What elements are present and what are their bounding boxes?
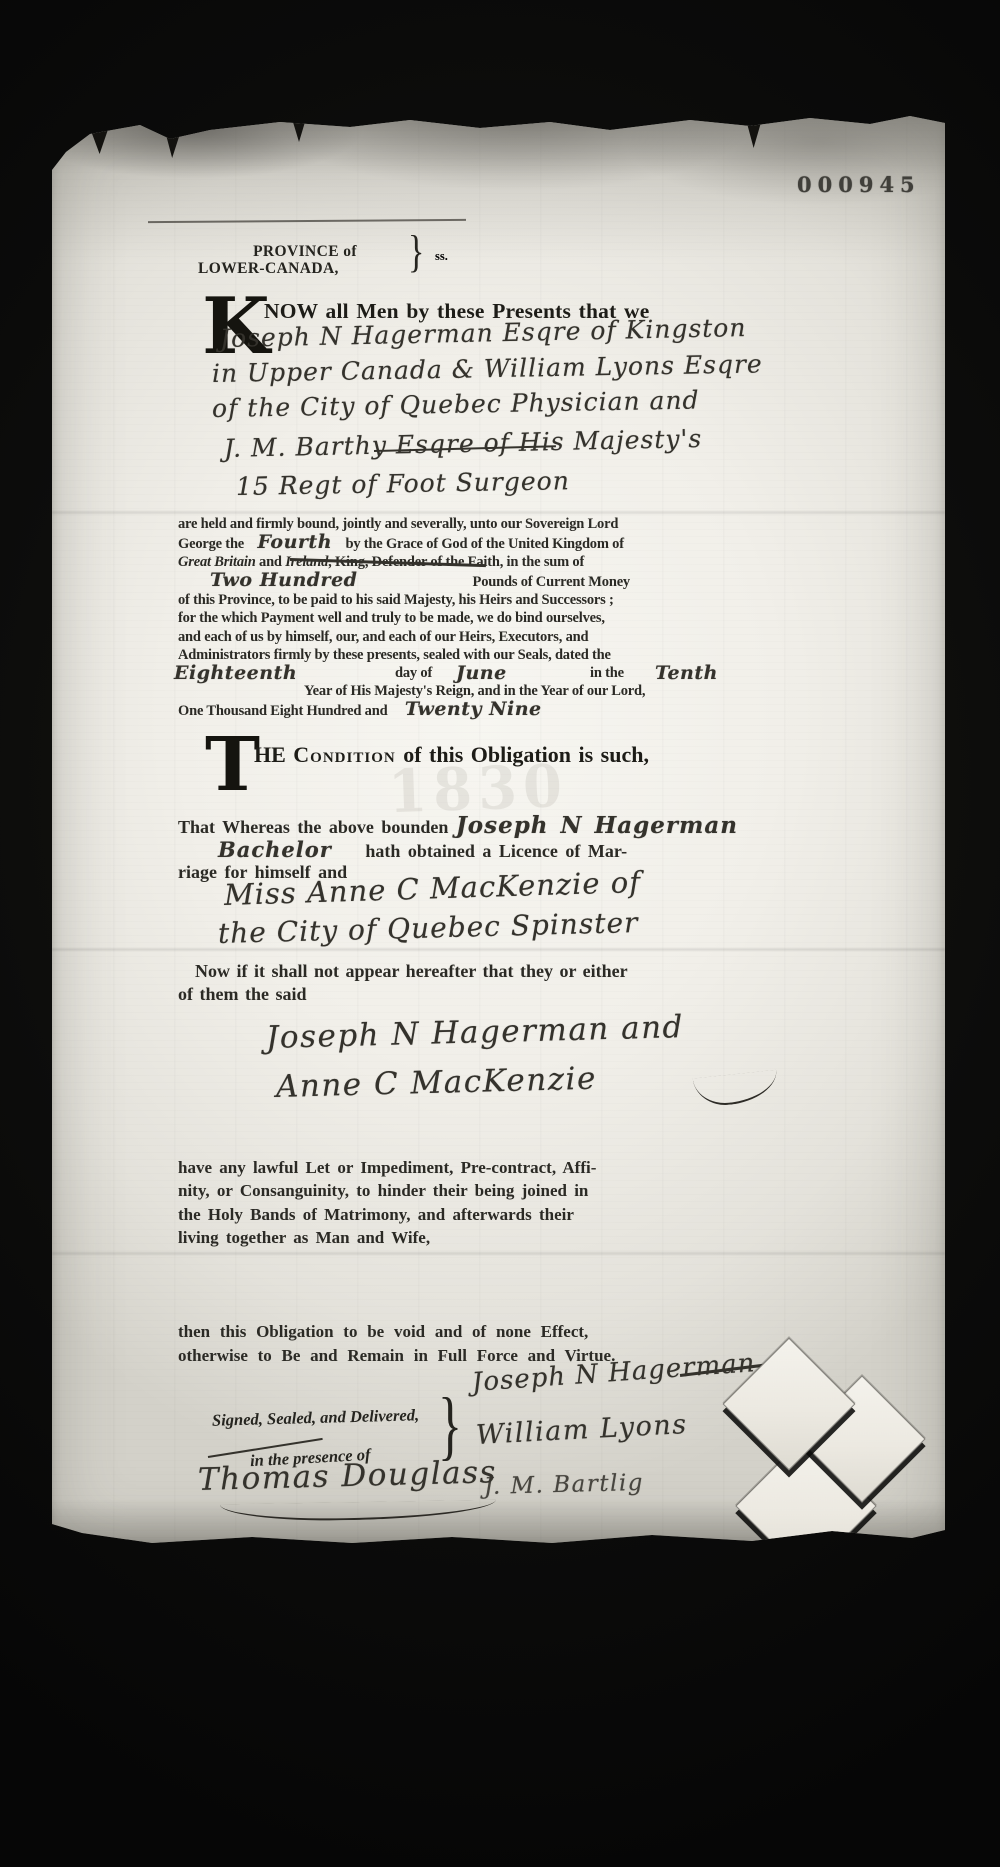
province-line1: PROVINCE of — [198, 243, 412, 260]
bond-text: and — [259, 554, 282, 570]
handwritten-party-line: of the City of Quebec Physician and — [212, 385, 700, 423]
bond-line: Eighteenth day of June in the Tenth — [178, 664, 630, 682]
whereas-line: Bachelor hath obtained a Licence of Mar- — [178, 839, 738, 863]
signature-bartlig: J. M. Bartlig — [484, 1470, 645, 1500]
pen-flourish — [693, 1070, 780, 1109]
hw-insert-condition: Bachelor — [218, 837, 332, 862]
bond-line: George the Fourth by the Grace of God of… — [178, 533, 630, 553]
bond-text: in the — [590, 664, 624, 682]
province-brace: } — [408, 227, 424, 278]
impediment-line: have any lawful Let or Impediment, Pre-c… — [178, 1156, 658, 1179]
paper: 000945 PROVINCE of LOWER-CANADA, } ss. K… — [52, 112, 945, 1545]
province-heading: PROVINCE of LOWER-CANADA, — [198, 243, 412, 277]
signature-lyons: William Lyons — [475, 1409, 688, 1451]
fold-crease — [52, 511, 945, 514]
handwritten-party-line: J. M. Barthy Esqre of His Majesty's — [224, 424, 703, 463]
torn-notch — [84, 112, 114, 154]
handwritten-party-line: in Upper Canada & William Lyons Esqre — [212, 349, 763, 388]
impediment-line: the Holy Bands of Matrimony, and afterwa… — [178, 1203, 658, 1226]
bond-line: are held and firmly bound, jointly and s… — [178, 515, 630, 533]
torn-notch — [744, 112, 764, 148]
hw-insert-regnal-name: Fourth — [257, 531, 332, 553]
dropcap-t: T — [205, 736, 260, 795]
whereas-line: That Whereas the above bounden Joseph N … — [178, 815, 738, 839]
handwritten-parties-repeat: Joseph N Hagerman and — [266, 1009, 685, 1056]
serial-number-stamp: 000945 — [797, 172, 921, 197]
impediment-clause: have any lawful Let or Impediment, Pre-c… — [178, 1156, 658, 1249]
handwritten-parties-repeat: Anne C MacKenzie — [276, 1061, 598, 1105]
bond-line: of this Province, to be paid to his said… — [178, 591, 630, 609]
condition-smallcaps: Condition — [293, 742, 395, 767]
header-rule — [148, 219, 466, 223]
bond-text: One Thousand Eight Hundred and — [178, 703, 387, 719]
bond-line: for the which Payment well and truly to … — [178, 609, 630, 627]
condition-text: HE — [254, 742, 293, 767]
bond-clause: are held and firmly bound, jointly and s… — [178, 515, 630, 720]
fold-crease — [52, 948, 945, 951]
bond-text: day of — [395, 664, 432, 682]
fold-crease — [52, 1252, 945, 1255]
hw-insert-day: Eighteenth — [174, 664, 297, 682]
bond-line: Year of His Majesty's Reign, and in the … — [178, 682, 630, 700]
obligation-line: then this Obligation to be void and of n… — [178, 1320, 668, 1344]
hw-insert-month: June — [456, 664, 507, 682]
torn-notch — [290, 112, 308, 142]
document-scan: 000945 PROVINCE of LOWER-CANADA, } ss. K… — [0, 0, 1000, 1867]
handwritten-party-line: 15 Regt of Foot Surgeon — [236, 466, 570, 501]
signature-witness-douglass: Thomas Douglass — [198, 1454, 498, 1498]
whereas-text: hath obtained a Licence of Mar- — [365, 841, 627, 861]
torn-notch — [160, 112, 187, 158]
bond-text: Pounds of Current Money — [473, 573, 630, 591]
now-line: Now if it shall not appear hereafter tha… — [178, 960, 698, 983]
hw-insert-sum: Two Hundred — [210, 571, 357, 589]
bond-line: One Thousand Eight Hundred and Twenty Ni… — [178, 700, 630, 720]
jurisdiction-abbr: ss. — [435, 249, 448, 264]
bond-text: George the — [178, 536, 244, 552]
now-clause: Now if it shall not appear hereafter tha… — [178, 960, 698, 1005]
handwritten-bride-line: the City of Quebec Spinster — [218, 906, 639, 950]
bond-line: Two Hundred Pounds of Current Money — [178, 571, 630, 591]
bond-text-italic: Great Britain — [178, 554, 256, 570]
impediment-line: nity, or Consanguinity, to hinder their … — [178, 1179, 658, 1202]
whereas-text: That Whereas the above bounden — [178, 817, 448, 837]
bond-line: and each of us by himself, our, and each… — [178, 628, 630, 646]
now-line: of them the said — [178, 983, 698, 1006]
pen-flourish — [220, 1500, 496, 1523]
attestation-line1: Signed, Sealed, and Delivered, — [212, 1405, 420, 1430]
province-line2: LOWER-CANADA, — [198, 260, 412, 277]
impediment-line: living together as Man and Wife, — [178, 1226, 658, 1249]
hw-insert-year: Twenty Nine — [405, 698, 542, 720]
hw-insert-regnal-year: Tenth — [655, 664, 718, 682]
bond-text-italic: Ireland — [285, 554, 328, 570]
bond-text: by the Grace of God of the United Kingdo… — [345, 536, 623, 552]
hw-insert-groom: Joseph N Hagerman — [456, 812, 738, 839]
